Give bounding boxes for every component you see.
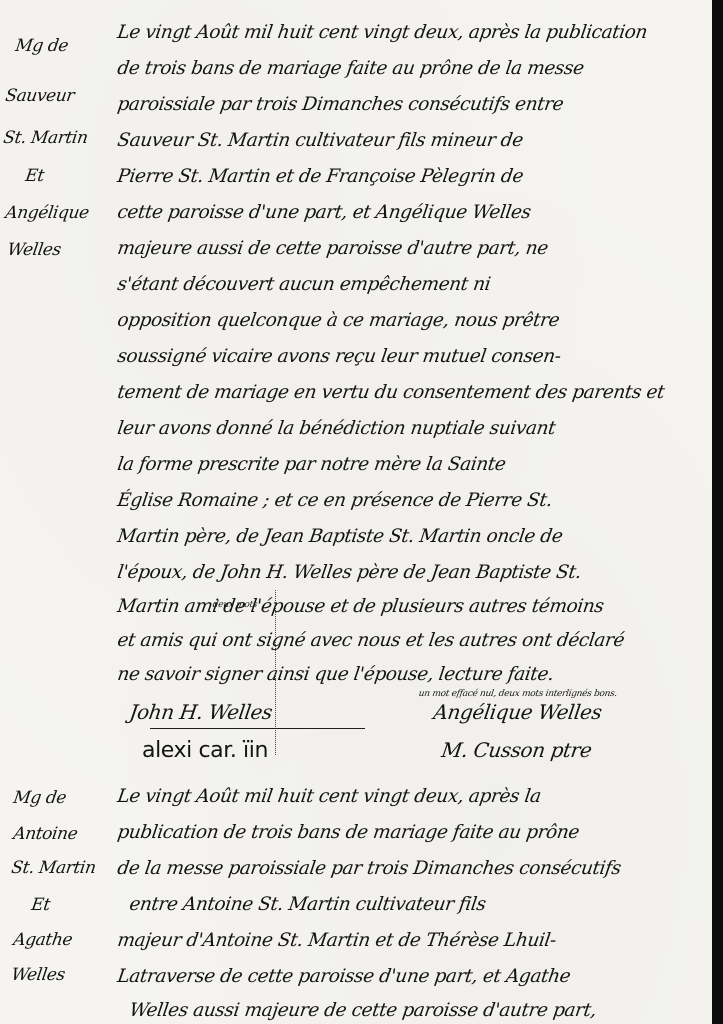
register-page: Mg de Sauveur St. Martin Et Angélique We… — [0, 0, 712, 1024]
interlinear-note: deux mots — [212, 600, 258, 610]
body-line: de la messe paroissiale par trois Dimanc… — [116, 858, 622, 879]
margin-line: Antoine — [12, 824, 79, 844]
body-line: paroissiale par trois Dimanches consécut… — [116, 94, 565, 115]
body-line: opposition quelconque à ce mariage, nous… — [116, 310, 561, 331]
body-line: Église Romaine ; et ce en présence de Pi… — [116, 490, 554, 511]
body-line: majeure aussi de cette paroisse d'autre … — [116, 238, 549, 259]
margin-line: Et — [30, 895, 51, 915]
body-line: Pierre St. Martin et de Françoise Pèlegr… — [116, 166, 525, 187]
margin-line: Welles — [6, 240, 62, 260]
body-line: l'époux, de John H. Welles père de Jean … — [116, 562, 583, 583]
body-line: cette paroisse d'une part, et Angélique … — [116, 202, 532, 223]
margin-line: Sauveur — [4, 86, 75, 106]
body-line: tement de mariage en vertu du consenteme… — [116, 382, 666, 403]
margin-line: Et — [24, 166, 45, 186]
marginal-correction-note: un mot effacé nul, deux mots interlignés… — [418, 689, 618, 699]
body-line: Le vingt Août mil huit cent vingt deux, … — [116, 786, 542, 807]
body-line: Latraverse de cette paroisse d'une part,… — [116, 966, 572, 987]
body-line: s'étant découvert aucun empêchement ni — [116, 274, 492, 295]
body-line: de trois bans de mariage faite au prône … — [116, 58, 585, 79]
margin-line: Agathe — [12, 930, 74, 950]
body-line: Le vingt Août mil huit cent vingt deux, … — [116, 22, 709, 43]
signature-underline — [150, 728, 365, 729]
margin-line: Mg de — [12, 788, 67, 808]
body-line: la forme prescrite par notre mère la Sai… — [116, 454, 507, 475]
body-line: et amis qui ont signé avec nous et les a… — [116, 630, 626, 651]
signature-angelique-welles: Angélique Welles — [432, 700, 603, 724]
scan-border — [712, 0, 723, 1024]
body-line: Welles aussi majeure de cette paroisse d… — [128, 1000, 598, 1021]
body-line: Martin ami de l'épouse et de plusieurs a… — [116, 596, 605, 617]
margin-line: Mg de — [14, 36, 69, 56]
body-line: entre Antoine St. Martin cultivateur fil… — [128, 894, 487, 915]
body-line: majeur d'Antoine St. Martin et de Thérès… — [116, 930, 557, 951]
body-line: soussigné vicaire avons reçu leur mutuel… — [116, 346, 562, 367]
margin-line: St. Martin — [2, 128, 89, 148]
signature-john-h-welles: John H. Welles — [128, 700, 274, 724]
body-line: Martin père, de Jean Baptiste St. Martin… — [116, 526, 564, 547]
margin-line: Welles — [10, 965, 66, 985]
signature-alexi: alexi car. ïin — [142, 738, 268, 763]
body-line: Sauveur St. Martin cultivateur fils mine… — [116, 130, 524, 151]
body-line: leur avons donné la bénédiction nuptiale… — [116, 418, 557, 439]
margin-line: St. Martin — [10, 858, 97, 878]
body-line: ne savoir signer ainsi que l'épouse, lec… — [116, 664, 555, 685]
signature-priest: M. Cusson ptre — [440, 738, 593, 762]
fold-line — [275, 590, 276, 755]
margin-line: Angélique — [4, 203, 90, 223]
body-line: publication de trois bans de mariage fai… — [116, 822, 580, 843]
